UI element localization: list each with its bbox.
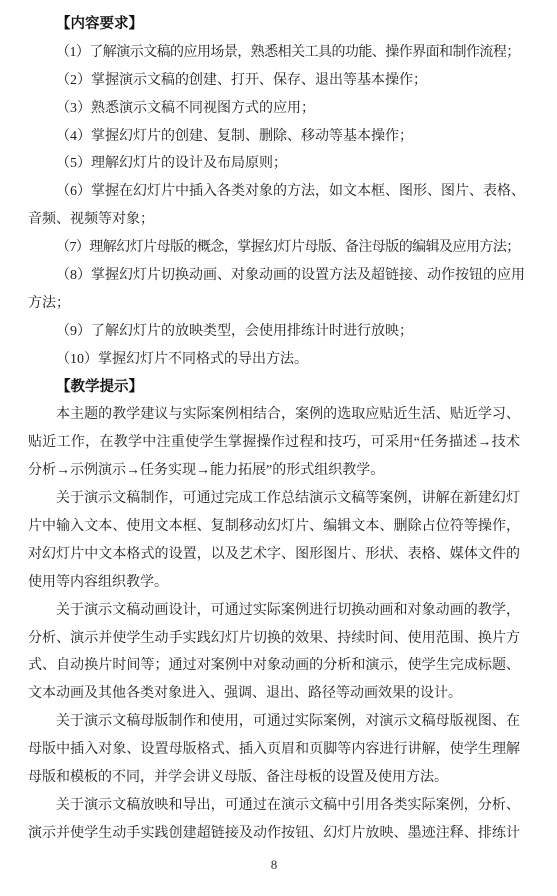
requirement-item-7: （7）理解幻灯片母版的概念，掌握幻灯片母版、备注母版的编辑及应用方法； [28,234,520,262]
requirement-line: （3）熟悉演示文稿不同视图方式的应用； [56,95,520,123]
requirement-line: （6）掌握在幻灯片中插入各类对象的方法，如文本框、图形、图片、表格、 [56,178,520,206]
paragraph-line: 文本动画及其他各类对象进入、强调、退出、路径等动画效果的设计。 [28,680,520,708]
requirement-line: （7）理解幻灯片母版的概念，掌握幻灯片母版、备注母版的编辑及应用方法； [56,234,520,262]
paragraph-line: 片中输入文本、使用文本框、复制移动幻灯片、编辑文本、删除占位符等操作， [28,513,520,541]
paragraph-line: 关于演示文稿母版制作和使用，可通过实际案例，对演示文稿母版视图、在 [56,708,520,736]
paragraph-line: 关于演示文稿制作，可通过完成工作总结演示文稿等案例，讲解在新建幻灯 [56,485,520,513]
paragraph-line: 分析→示例演示→任务实现→能力拓展”的形式组织教学。 [28,457,520,485]
requirement-line: （8）掌握幻灯片切换动画、对象动画的设置方法及超链接、动作按钮的应用 [56,262,520,290]
paragraph-line: 式、自动换片时间等；通过对案例中对象动画的分析和演示，使学生完成标题、 [28,652,520,680]
requirement-item-3: （3）熟悉演示文稿不同视图方式的应用； [28,95,520,123]
teaching-paragraph-2: 关于演示文稿制作，可通过完成工作总结演示文稿等案例，讲解在新建幻灯 片中输入文本… [28,485,520,597]
requirement-line: （9）了解幻灯片的放映类型，会使用排练计时进行放映； [56,318,520,346]
paragraph-line: 对幻灯片中文本格式的设置，以及艺术字、图形图片、形状、表格、媒体文件的 [28,541,520,569]
content-requirements-section: 【内容要求】 （1）了解演示文稿的应用场景，熟悉相关工具的功能、操作界面和制作流… [28,11,520,374]
document-page: 【内容要求】 （1）了解演示文稿的应用场景，熟悉相关工具的功能、操作界面和制作流… [28,11,520,848]
requirement-line: （5）理解幻灯片的设计及布局原则； [56,150,520,178]
paragraph-line: 分析、演示并使学生动手实践幻灯片切换的效果、持续时间、使用范围、换片方 [28,625,520,653]
teaching-paragraph-5: 关于演示文稿放映和导出，可通过在演示文稿中引用各类实际案例，分析、 演示并使学生… [28,792,520,848]
requirement-item-2: （2）掌握演示文稿的创建、打开、保存、退出等基本操作； [28,67,520,95]
paragraph-line: 关于演示文稿动画设计，可通过实际案例进行切换动画和对象动画的教学， [56,597,520,625]
requirement-line: （1）了解演示文稿的应用场景，熟悉相关工具的功能、操作界面和制作流程； [56,39,520,67]
requirement-item-10: （10）掌握幻灯片不同格式的导出方法。 [28,346,520,374]
requirement-item-6: （6）掌握在幻灯片中插入各类对象的方法，如文本框、图形、图片、表格、 音频、视频… [28,178,520,234]
requirement-item-5: （5）理解幻灯片的设计及布局原则； [28,150,520,178]
page-number: 8 [28,856,520,874]
paragraph-line: 关于演示文稿放映和导出，可通过在演示文稿中引用各类实际案例，分析、 [56,792,520,820]
section-heading-teaching-tips: 【教学提示】 [56,374,520,402]
requirement-line: （10）掌握幻灯片不同格式的导出方法。 [56,346,520,374]
requirement-line: （4）掌握幻灯片的创建、复制、删除、移动等基本操作； [56,123,520,151]
requirement-item-8: （8）掌握幻灯片切换动画、对象动画的设置方法及超链接、动作按钮的应用 方法； [28,262,520,318]
requirement-item-9: （9）了解幻灯片的放映类型，会使用排练计时进行放映； [28,318,520,346]
teaching-paragraph-3: 关于演示文稿动画设计，可通过实际案例进行切换动画和对象动画的教学， 分析、演示并… [28,597,520,709]
paragraph-line: 母版中插入对象、设置母版格式、插入页眉和页脚等内容进行讲解，使学生理解 [28,736,520,764]
paragraph-line: 贴近工作，在教学中注重使学生掌握操作过程和技巧，可采用“任务描述→技术 [28,429,520,457]
requirement-line: （2）掌握演示文稿的创建、打开、保存、退出等基本操作； [56,67,520,95]
requirement-line: 音频、视频等对象； [28,206,520,234]
paragraph-line: 演示并使学生动手实践创建超链接及动作按钮、幻灯片放映、墨迹注释、排练计 [28,820,520,848]
paragraph-line: 使用等内容组织教学。 [28,569,520,597]
requirement-item-1: （1）了解演示文稿的应用场景，熟悉相关工具的功能、操作界面和制作流程； [28,39,520,67]
teaching-tips-section: 【教学提示】 本主题的教学建议与实际案例相结合，案例的选取应贴近生活、贴近学习、… [28,374,520,848]
requirement-item-4: （4）掌握幻灯片的创建、复制、删除、移动等基本操作； [28,123,520,151]
teaching-paragraph-4: 关于演示文稿母版制作和使用，可通过实际案例，对演示文稿母版视图、在 母版中插入对… [28,708,520,792]
requirement-line: 方法； [28,290,520,318]
teaching-paragraph-1: 本主题的教学建议与实际案例相结合，案例的选取应贴近生活、贴近学习、 贴近工作，在… [28,401,520,485]
paragraph-line: 母版和模板的不同，并学会讲义母版、备注母板的设置及使用方法。 [28,764,520,792]
paragraph-line: 本主题的教学建议与实际案例相结合，案例的选取应贴近生活、贴近学习、 [56,401,520,429]
section-heading-content-requirements: 【内容要求】 [56,11,520,39]
